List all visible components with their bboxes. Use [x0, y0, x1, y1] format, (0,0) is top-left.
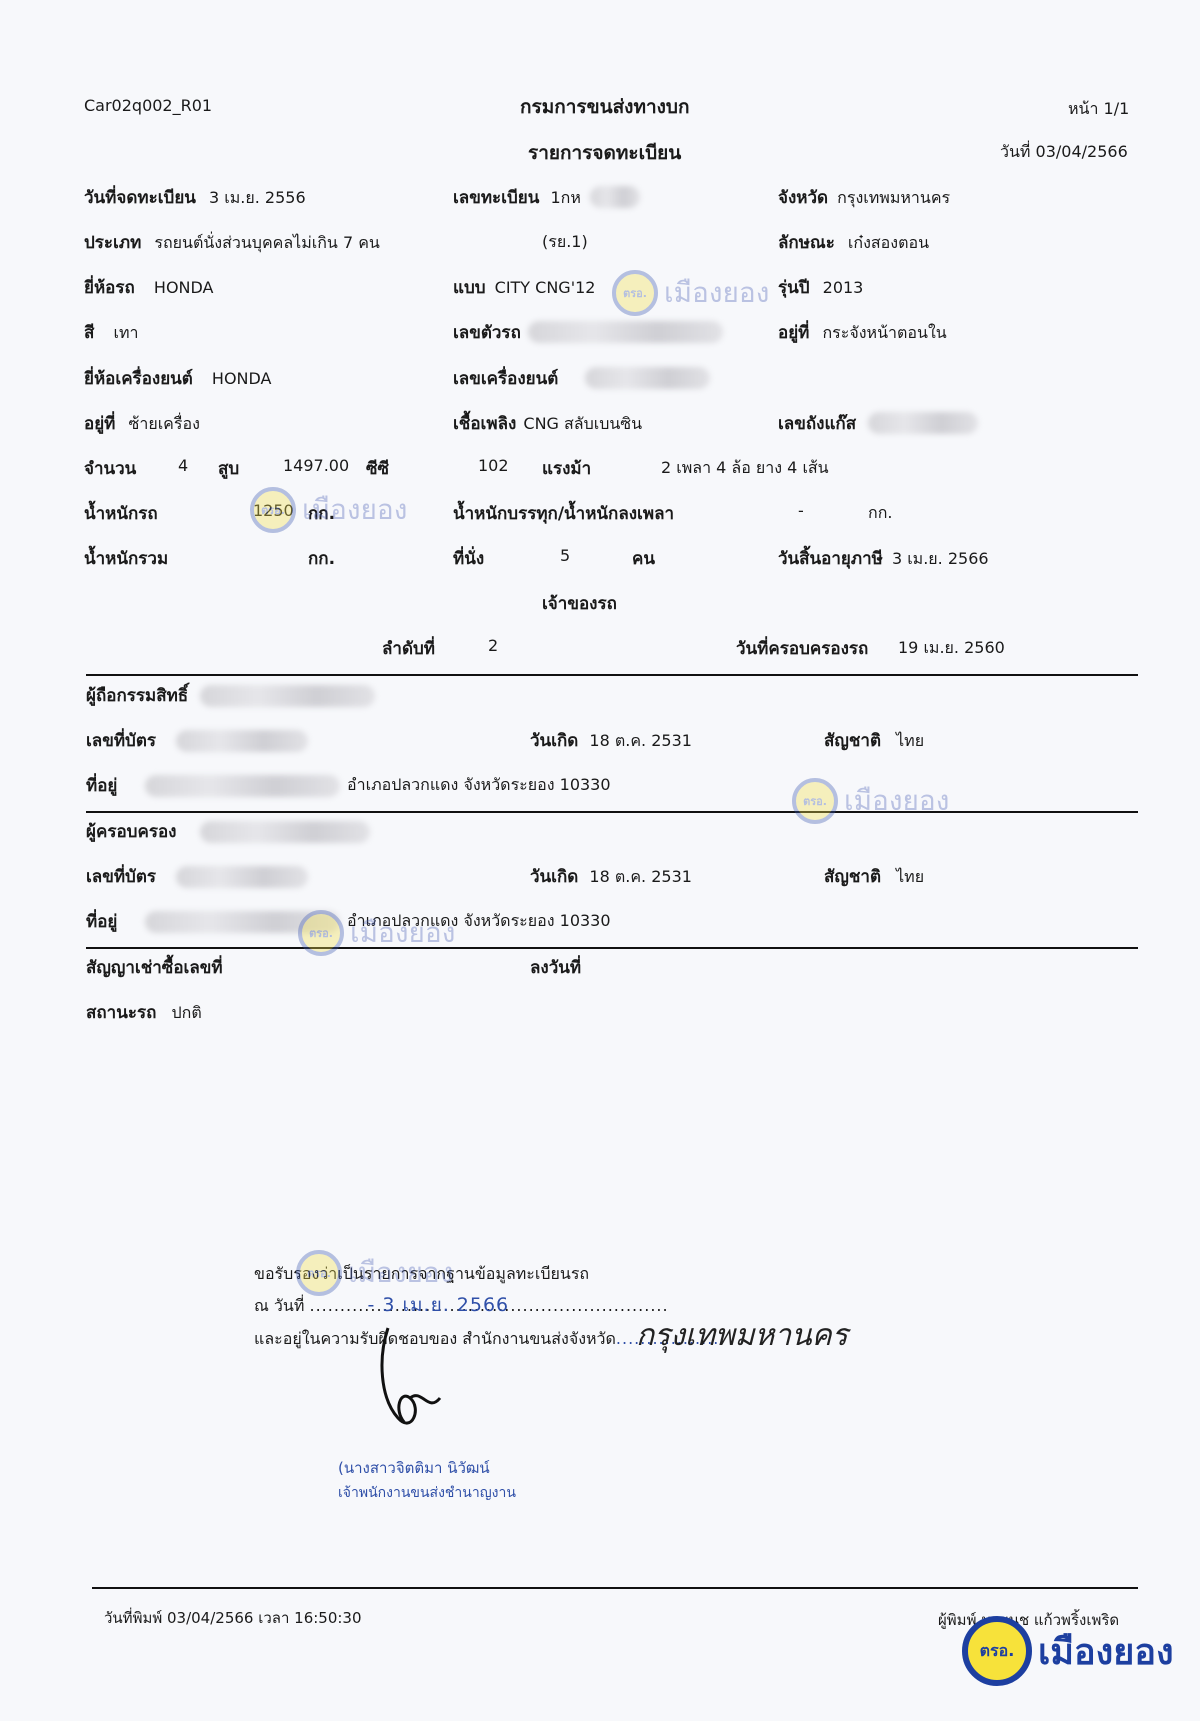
color-field: สี เทา: [84, 319, 138, 346]
signature-icon: [370, 1318, 470, 1448]
engine-brand-label: ยี่ห้อเครื่องยนต์: [84, 369, 193, 389]
engine-brand-field: ยี่ห้อเครื่องยนต์ HONDA: [84, 365, 272, 392]
model-value: CITY CNG'12: [495, 278, 596, 297]
fuel-label: เชื้อเพลิง: [453, 414, 516, 434]
seats-unit: คน: [632, 545, 655, 572]
officer-title: เจ้าพนักงานขนส่งชำนาญงาน: [338, 1482, 516, 1504]
chassis-location-field: อยู่ที่ กระจังหน้าตอนใน: [778, 319, 947, 346]
registration-date-value: 3 เม.ย. 2556: [209, 188, 306, 207]
watermark-logo: ตรอ. เมืองยอง: [962, 1616, 1174, 1686]
cylinders-unit: สูบ: [218, 455, 239, 482]
legal-owner-dob-value: 18 ต.ค. 2531: [589, 731, 692, 750]
watermark: ตรอ. เมืองยอง: [792, 778, 949, 824]
redacted-engine-number: [585, 367, 710, 389]
color-label: สี: [84, 323, 94, 343]
certification-date-line: ณ วันที่ ...............................…: [254, 1294, 669, 1319]
type-value: รถยนต์นั่งส่วนบุคคลไม่เกิน 7 คน: [154, 233, 379, 252]
registration-date-label: วันที่จดทะเบียน: [84, 188, 196, 208]
engine-location-value: ซ้ายเครื่อง: [128, 414, 199, 433]
province-value: กรุงเทพมหานคร: [837, 188, 950, 207]
possessor-label: ผู้ครอบครอง: [86, 818, 176, 845]
redacted-possessor-id: [176, 866, 308, 888]
model-field: แบบ CITY CNG'12: [453, 274, 595, 301]
legal-owner-nationality-field: สัญชาติ ไทย: [824, 727, 924, 754]
type-code: (รย.1): [542, 230, 588, 255]
year-label: รุ่นปี: [778, 278, 810, 298]
possessor-dob-value: 18 ต.ค. 2531: [589, 867, 692, 886]
body-label: ลักษณะ: [778, 233, 835, 253]
engine-location-field: อยู่ที่ ซ้ายเครื่อง: [84, 410, 200, 437]
gear-badge-icon: ตรอ.: [296, 1250, 342, 1296]
gear-badge-icon: ตรอ.: [962, 1616, 1032, 1686]
possessor-dob-label: วันเกิด: [530, 867, 578, 887]
chassis-location-label: อยู่ที่: [778, 323, 809, 343]
watermark: ตรอ. เมืองยอง: [298, 910, 455, 956]
brand-value: HONDA: [154, 278, 214, 297]
brand-label: ยี่ห้อรถ: [84, 278, 135, 298]
possessor-id-label: เลขที่บัตร: [86, 863, 156, 890]
gear-badge-icon: ตรอ.: [250, 487, 296, 533]
year-field: รุ่นปี 2013: [778, 274, 863, 301]
body-value: เก๋งสองตอน: [848, 233, 929, 252]
document-title: รายการจดทะเบียน: [528, 138, 681, 168]
owner-order-label: ลำดับที่: [382, 635, 435, 662]
redacted-legal-owner-id: [176, 730, 308, 752]
registration-date-field: วันที่จดทะเบียน 3 เม.ย. 2556: [84, 184, 306, 211]
possessor-nationality-field: สัญชาติ ไทย: [824, 863, 924, 890]
load-value: -: [798, 501, 804, 520]
form-code: Car02q002_R01: [84, 96, 212, 115]
divider: [86, 674, 1138, 676]
year-value: 2013: [823, 278, 864, 297]
possessor-address-label: ที่อยู่: [86, 908, 117, 935]
legal-owner-address-tail: อำเภอปลวกแดง จังหวัดระยอง 10330: [347, 773, 611, 798]
type-label: ประเภท: [84, 233, 141, 253]
tax-expiry-label: วันสิ้นอายุภาษี: [778, 549, 883, 569]
owner-order-value: 2: [488, 636, 498, 655]
legal-owner-address-label: ที่อยู่: [86, 772, 117, 799]
legal-owner-dob-label: วันเกิด: [530, 731, 578, 751]
hire-purchase-label: สัญญาเช่าซื้อเลขที่: [86, 954, 223, 981]
cylinders-value: 4: [178, 456, 188, 475]
department-title: กรมการขนส่งทางบก: [520, 92, 690, 122]
possessor-nationality-value: ไทย: [896, 867, 924, 886]
color-value: เทา: [113, 323, 138, 342]
redacted-legal-owner-name: [200, 685, 375, 707]
fuel-value: CNG สลับเบนซิน: [523, 414, 642, 433]
plate-prefix: 1กห: [550, 188, 580, 207]
handwritten-province: กรุงเทพมหานคร: [636, 1312, 848, 1359]
legal-owner-id-label: เลขที่บัตร: [86, 727, 156, 754]
possessor-nationality-label: สัญชาติ: [824, 867, 881, 887]
vehicle-status-field: สถานะรถ ปกติ: [86, 999, 202, 1026]
chassis-label: เลขตัวรถ: [453, 319, 521, 346]
legal-owner-nationality-value: ไทย: [896, 731, 924, 750]
certification-date-prefix: ณ วันที่: [254, 1296, 304, 1315]
gear-badge-icon: ตรอ.: [612, 270, 658, 316]
watermark: ตรอ. เมืองยอง: [250, 487, 407, 533]
province-field: จังหวัด กรุงเทพมหานคร: [778, 184, 950, 211]
watermark: ตรอ. เมืองยอง: [296, 1250, 453, 1296]
seats-value: 5: [560, 546, 570, 565]
gear-badge-icon: ตรอ.: [298, 910, 344, 956]
header-date: วันที่ 03/04/2566: [1000, 140, 1128, 165]
signed-date-label: ลงวันที่: [530, 954, 581, 981]
redacted-gas-tank-number: [868, 412, 978, 434]
tax-expiry-value: 3 เม.ย. 2566: [892, 549, 989, 568]
seats-label: ที่นั่ง: [453, 545, 484, 572]
plate-field: เลขทะเบียน 1กห: [453, 184, 581, 211]
chassis-location-value: กระจังหน้าตอนใน: [822, 323, 946, 342]
possession-date-label: วันที่ครอบครองรถ: [736, 635, 868, 662]
horsepower-value: 102: [478, 456, 509, 475]
redacted-plate-number: [590, 186, 640, 208]
legal-owner-dob-field: วันเกิด 18 ต.ค. 2531: [530, 727, 692, 754]
brand-field: ยี่ห้อรถ HONDA: [84, 274, 213, 301]
officer-name: (นางสาวจิตติมา นิวัฒน์: [338, 1456, 490, 1480]
model-label: แบบ: [453, 278, 486, 298]
load-label: น้ำหนักบรรทุก/น้ำหนักลงเพลา: [453, 500, 674, 527]
plate-label: เลขทะเบียน: [453, 188, 539, 208]
gross-weight-label: น้ำหนักรวม: [84, 545, 168, 572]
gear-badge-icon: ตรอ.: [792, 778, 838, 824]
gas-tank-label: เลขถังแก๊ส: [778, 410, 856, 437]
type-field: ประเภท รถยนต์นั่งส่วนบุคคลไม่เกิน 7 คน: [84, 229, 380, 256]
logo-text: เมืองยอง: [1038, 1623, 1174, 1680]
divider: [86, 947, 1138, 949]
vehicle-status-value: ปกติ: [171, 1003, 201, 1022]
redacted-chassis-number: [528, 321, 723, 343]
gross-weight-unit: กก.: [308, 545, 335, 572]
province-label: จังหวัด: [778, 188, 828, 208]
fuel-field: เชื้อเพลิง CNG สลับเบนซิน: [453, 410, 642, 437]
legal-owner-nationality-label: สัญชาติ: [824, 731, 881, 751]
print-timestamp: วันที่พิมพ์ 03/04/2566 เวลา 16:50:30: [104, 1606, 362, 1630]
axles-value: 2 เพลา 4 ล้อ ยาง 4 เส้น: [661, 456, 829, 481]
footer-divider: [92, 1587, 1138, 1589]
cc-value: 1497.00: [283, 456, 349, 475]
page-number: หน้า 1/1: [1068, 97, 1129, 122]
redacted-possessor-name: [200, 821, 370, 843]
legal-owner-label: ผู้ถือกรรมสิทธิ์: [86, 682, 188, 709]
possessor-dob-field: วันเกิด 18 ต.ค. 2531: [530, 863, 692, 890]
horsepower-unit: แรงม้า: [542, 455, 591, 482]
cylinders-label: จำนวน: [84, 455, 136, 482]
load-unit: กก.: [868, 501, 892, 526]
engine-number-label: เลขเครื่องยนต์: [453, 365, 558, 392]
engine-location-label: อยู่ที่: [84, 414, 115, 434]
cc-unit: ซีซี: [366, 455, 389, 482]
tax-expiry-field: วันสิ้นอายุภาษี 3 เม.ย. 2566: [778, 545, 989, 572]
engine-brand-value: HONDA: [212, 369, 272, 388]
owner-section-title: เจ้าของรถ: [542, 590, 617, 617]
redacted-legal-owner-address: [145, 775, 340, 797]
watermark: ตรอ. เมืองยอง: [612, 270, 769, 316]
divider: [86, 811, 1138, 813]
body-field: ลักษณะ เก๋งสองตอน: [778, 229, 929, 256]
weight-label: น้ำหนักรถ: [84, 500, 158, 527]
vehicle-status-label: สถานะรถ: [86, 1003, 156, 1023]
possession-date-value: 19 เม.ย. 2560: [898, 636, 1005, 661]
